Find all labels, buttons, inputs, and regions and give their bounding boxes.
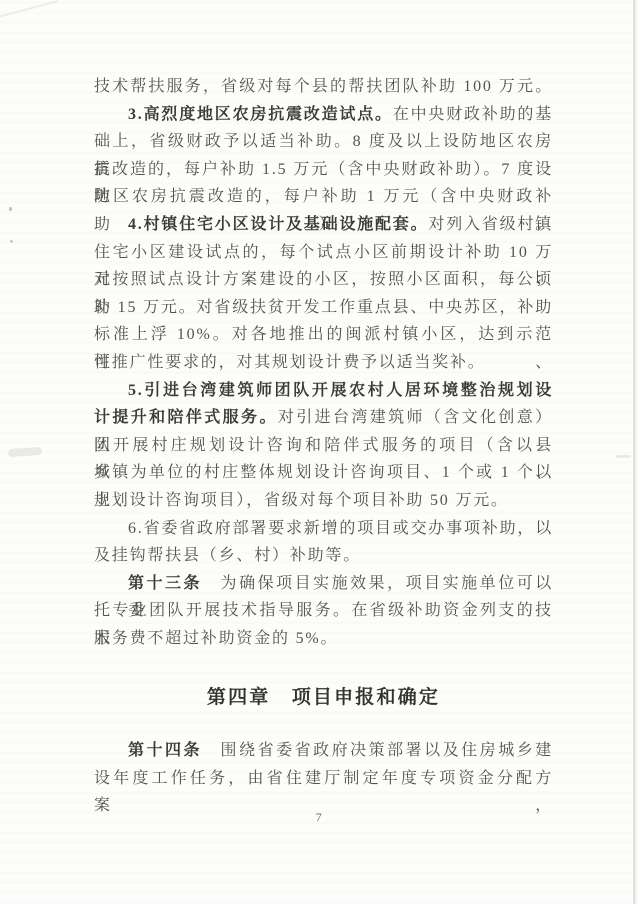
text-line: 第十三条 为确保项目实施效果，项目实施单位可以委 [94,570,553,598]
text-line: 4.村镇住宅小区设计及基础设施配套。对列入省级村镇 [94,211,553,239]
text-run: 服务费不超过补助资金的 5%。 [94,630,338,647]
page-edge-line-soft [635,0,637,904]
scan-smudge [8,447,42,457]
text-body: 技术帮扶服务，省级对每个县的帮扶团队补助 100 万元。3.高烈度地区农房抗震改… [94,73,553,792]
text-run: 6.省委省政府部署要求新增的项目或交办事项补助，以 [128,520,553,537]
text-line: 计提升和陪伴式服务。对引进台湾建筑师（含文化创意）团 [94,404,553,432]
text-line: 础上，省级财政予以适当补助。8 度及以上设防地区农房抗 [94,128,553,156]
text-line: 队开展村庄规划设计咨询和陪伴式服务的项目（含以县城、 [94,432,553,460]
corner-scratch-artifact [0,0,58,17]
bold-text-run: 计提升和陪伴式服务。 [94,409,278,426]
text-line: 3.高烈度地区农房抗震改造试点。在中央财政补助的基 [94,101,553,129]
text-line: 技术帮扶服务，省级对每个县的帮扶团队补助 100 万元。 [94,73,553,101]
text-line: 震改造的，每户补助 1.5 万元（含中央财政补助）。7 度设防 [94,156,553,184]
scan-smudge [616,455,631,458]
text-run: 可推广性要求的，对其规划设计费予以适当奖补。 [94,354,486,371]
text-run: 助 15 万元。对省级扶贫开发工作重点县、中央苏区，补助 [94,299,553,316]
text-line: 住宅小区建设试点的，每个试点小区前期设计补助 10 万元； [94,239,553,267]
scanned-document-page: 技术帮扶服务，省级对每个县的帮扶团队补助 100 万元。3.高烈度地区农房抗震改… [0,0,638,904]
bold-text-run: 5.引进台湾建筑师团队开展农村人居环境整治规划设 [128,382,553,399]
text-run: 及挂钩帮扶县（乡、村）补助等。 [94,547,361,564]
bold-text-run: 第十三条 [128,575,202,592]
page-number: 7 [0,810,638,825]
text-line: 及挂钩帮扶县（乡、村）补助等。 [94,542,553,570]
text-run: 在中央财政补助的基 [393,106,553,123]
scan-speck [9,207,12,211]
text-line: 托专业团队开展技术指导服务。在省级补助资金列支的技术 [94,597,553,625]
scan-speck [10,240,13,243]
bold-text-run: 3.高烈度地区农房抗震改造试点。 [128,106,393,123]
text-run: 技术帮扶服务，省级对每个县的帮扶团队补助 100 万元。 [94,78,553,95]
text-line: 对按照试点设计方案建设的小区，按照小区面积，每公顷补 [94,266,553,294]
text-line: 5.引进台湾建筑师团队开展农村人居环境整治规划设 [94,377,553,405]
text-run: 规划设计咨询项目），省级对每个项目补助 50 万元。 [94,492,509,509]
chapter-heading: 第四章 项目申报和确定 [94,684,553,712]
text-line: 标准上浮 10%。对各地推出的闽派村镇小区，达到示范性、 [94,321,553,349]
text-run: 对列入省级村镇 [428,216,553,233]
text-line: 设年度工作任务，由省住建厅制定年度专项资金分配方案， [94,765,553,793]
bold-text-run: 4.村镇住宅小区设计及基础设施配套。 [128,216,428,233]
text-line: 助 15 万元。对省级扶贫开发工作重点县、中央苏区，补助 [94,294,553,322]
text-line: 地区农房抗震改造的，每户补助 1 万元（含中央财政补助）。 [94,183,553,211]
text-line: 规划设计咨询项目），省级对每个项目补助 50 万元。 [94,487,553,515]
text-line: 可推广性要求的，对其规划设计费予以适当奖补。 [94,349,553,377]
text-run: 设年度工作任务，由省住建厅制定年度专项资金分配方案， [94,770,553,815]
text-line: 服务费不超过补助资金的 5%。 [94,625,553,653]
text-line: 第十四条 围绕省委省政府决策部署以及住房城乡建 [94,737,553,765]
text-line: 6.省委省政府部署要求新增的项目或交办事项补助，以 [94,515,553,543]
bold-text-run: 第十四条 [128,742,202,759]
text-line: 乡镇为单位的村庄整体规划设计咨询项目、1 个或 1 个以上 [94,459,553,487]
bold-text-run: 第四章 项目申报和确定 [207,687,440,708]
text-run: 围绕省委省政府决策部署以及住房城乡建 [202,742,553,759]
